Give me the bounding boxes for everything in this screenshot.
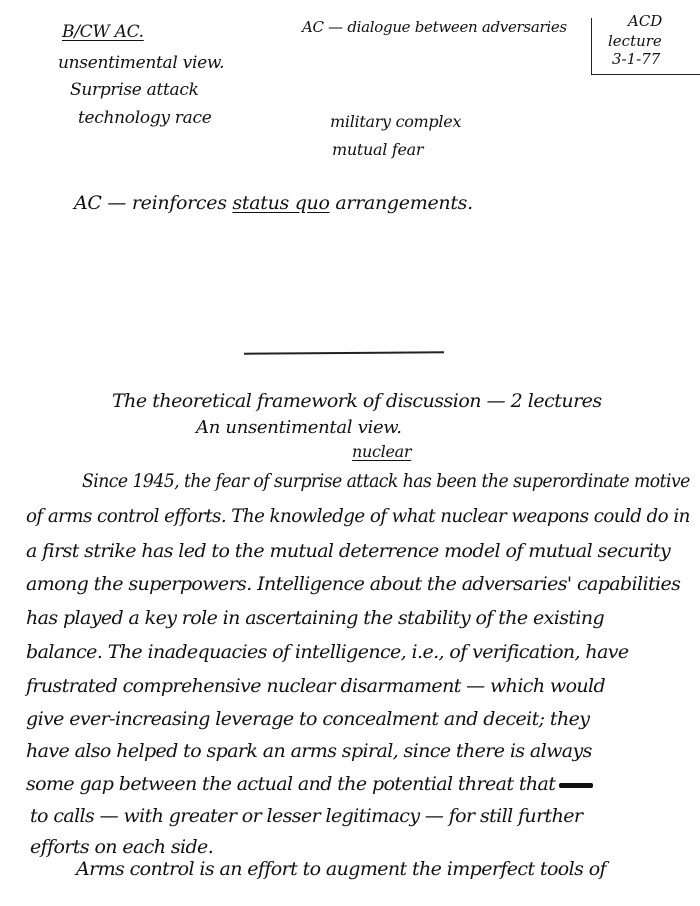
paragraph-line: of arms control efforts. The knowledge o… <box>26 505 690 527</box>
note-military-complex: military complex <box>330 112 461 131</box>
section-title: The theoretical framework of discussion … <box>112 390 602 412</box>
section-divider <box>244 351 444 354</box>
paragraph-line: a first strike has led to the mutual det… <box>26 540 670 562</box>
stamp-acd: ACD <box>628 12 662 30</box>
closing-line: Arms control is an effort to augment the… <box>76 858 606 880</box>
note-technology-race: technology race <box>78 108 211 128</box>
ac-line-suffix: arrangements. <box>330 192 473 214</box>
paragraph-line-text: some gap between the actual and the pote… <box>26 773 555 795</box>
paragraph-line: has played a key role in ascertaining th… <box>26 607 604 629</box>
stamp-date: 3-1-77 <box>612 50 660 68</box>
scribbled-out-word <box>559 783 593 788</box>
paragraph-line: have also helped to spark an arms spiral… <box>26 740 592 762</box>
note-surprise-attack: Surprise attack <box>70 80 199 100</box>
note-bcw-ac: B/CW AC. <box>62 22 144 42</box>
paragraph-line: balance. The inadequacies of intelligenc… <box>26 641 629 663</box>
stamp-lecture: lecture <box>608 32 662 50</box>
ac-line-prefix: AC — reinforces <box>74 192 232 214</box>
note-unsentimental-view: unsentimental view. <box>58 53 224 73</box>
note-dialogue-adversaries: AC — dialogue between adversaries <box>302 18 567 36</box>
paragraph-line: efforts on each side. <box>30 836 213 858</box>
section-subheading-nuclear: nuclear <box>352 442 411 461</box>
paragraph-line: give ever-increasing leverage to conceal… <box>26 708 589 730</box>
section-subtitle: An unsentimental view. <box>196 417 402 438</box>
ac-line-status-quo: status quo <box>232 192 329 214</box>
paragraph-line: some gap between the actual and the pote… <box>26 773 593 795</box>
paragraph-line: Since 1945, the fear of surprise attack … <box>82 470 690 492</box>
document-page: B/CW AC. unsentimental view. Surprise at… <box>0 0 700 906</box>
paragraph-line: frustrated comprehensive nuclear disarma… <box>26 675 605 697</box>
paragraph-line: among the superpowers. Intelligence abou… <box>26 573 680 595</box>
note-ac-reinforces: AC — reinforces status quo arrangements. <box>74 192 473 214</box>
paragraph-line: to calls — with greater or lesser legiti… <box>30 805 582 827</box>
note-mutual-fear: mutual fear <box>332 140 423 159</box>
